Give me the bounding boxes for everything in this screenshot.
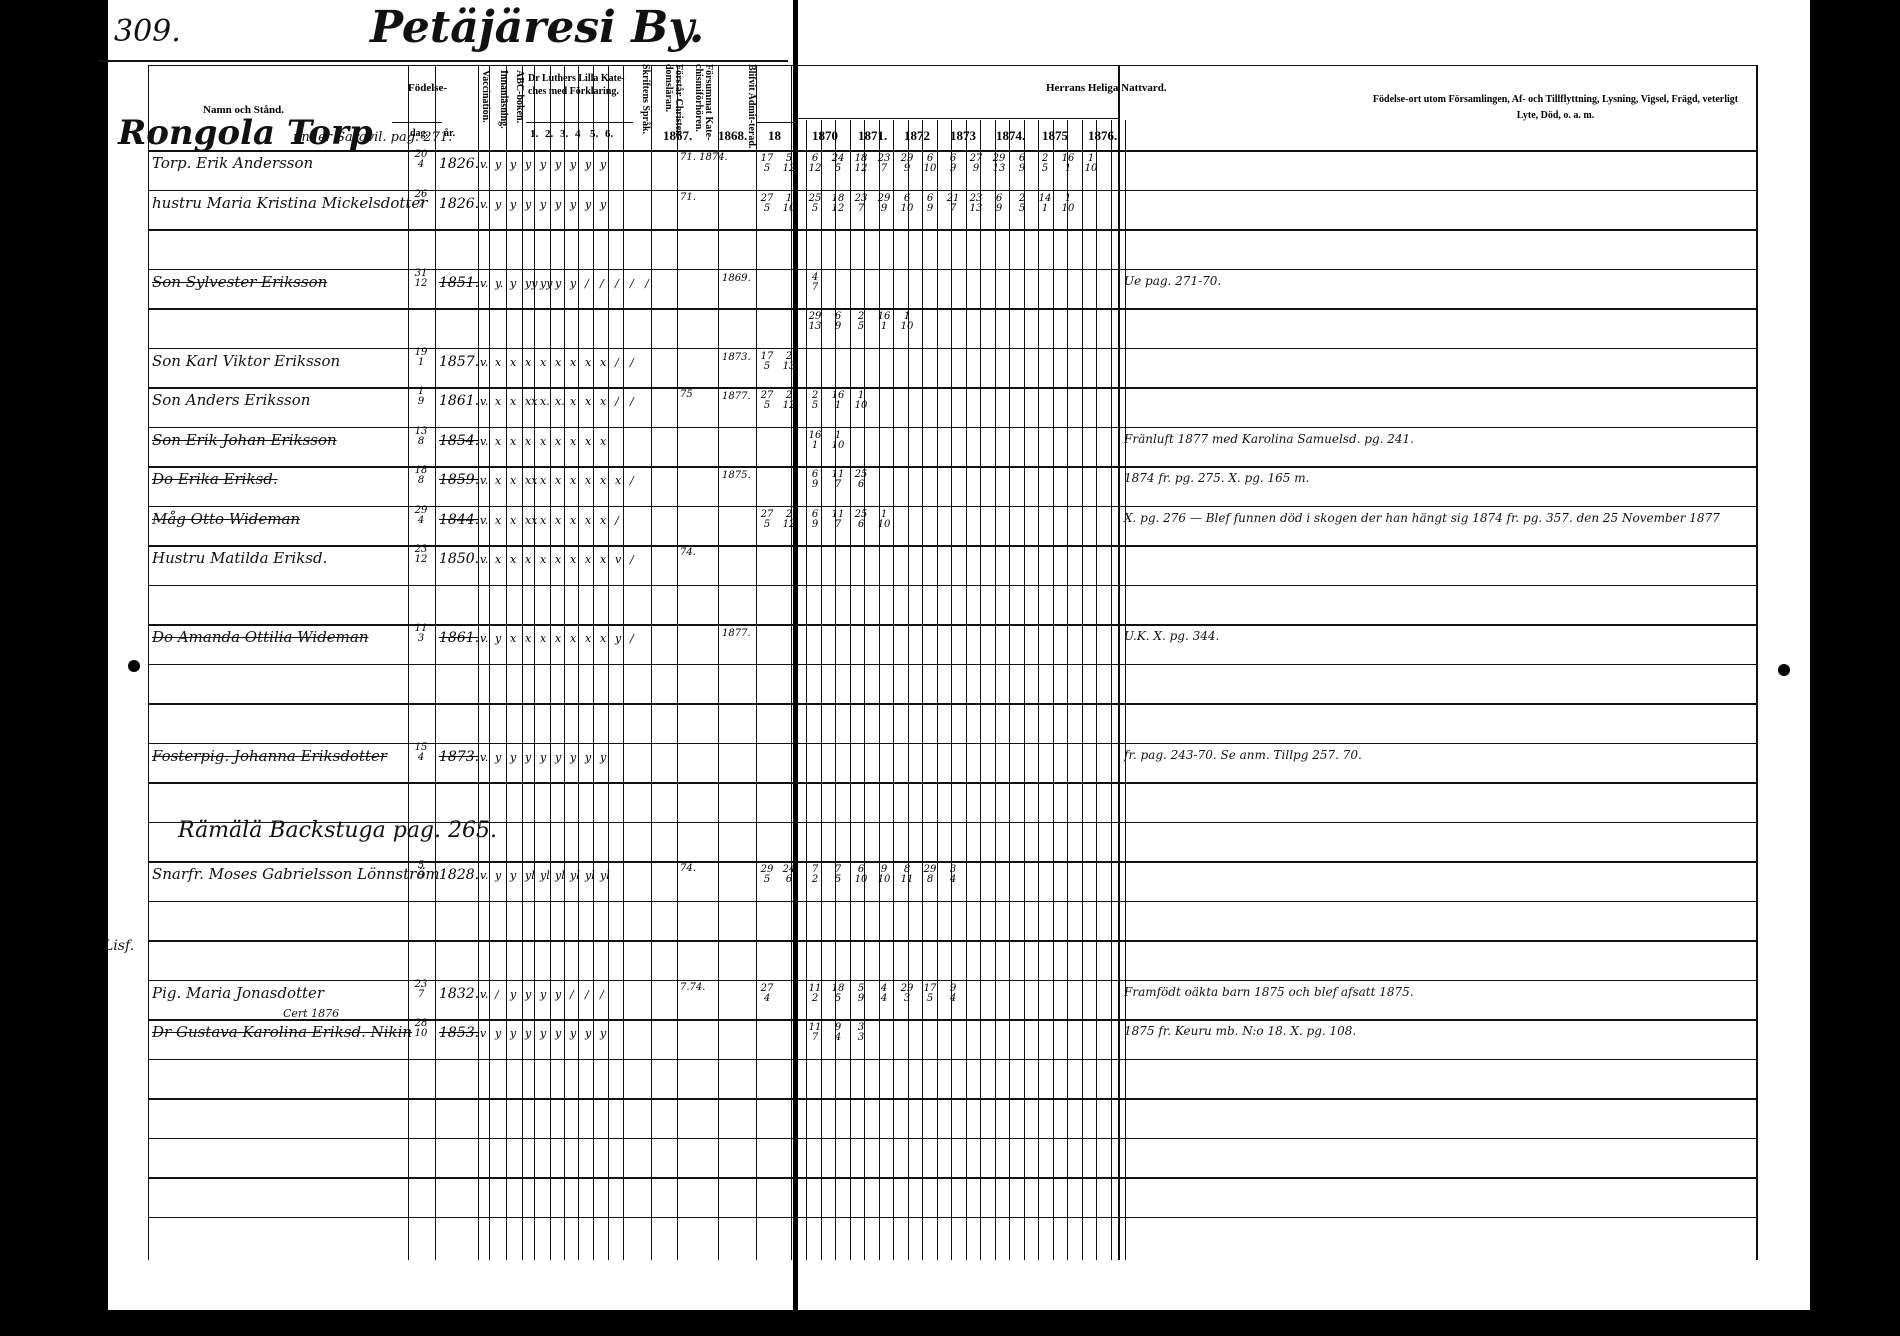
row-rule (798, 229, 1758, 231)
reading-mark: x (525, 553, 531, 566)
communion-date: 110 (782, 194, 796, 214)
page-number: 309. (114, 14, 181, 49)
communion-date: 94 (831, 1023, 845, 1043)
reading-mark: v. (480, 988, 488, 1001)
communion-date: 279 (969, 154, 983, 174)
row-name: Fosterpig. Johanna Eriksdotter (152, 747, 387, 765)
communion-date: 69 (946, 154, 960, 174)
reading-mark: yl (585, 869, 595, 882)
column-rule (1096, 120, 1097, 1260)
reading-mark: x (510, 435, 516, 448)
reading-mark: y (510, 277, 516, 290)
row-name: Måg Otto Wideman (152, 510, 300, 528)
birth-year: 1832. (439, 986, 479, 1002)
row-name: Son Erik Johan Eriksson (152, 431, 337, 449)
nattvard-year-1872: 1872 (904, 128, 930, 144)
header-abc: ABC-boken. (514, 70, 524, 123)
reading-mark: x (555, 356, 561, 369)
communion-date: 610 (854, 865, 868, 885)
communion-date: 217 (946, 194, 960, 214)
communion-date: 1812 (854, 154, 868, 174)
communion-date: 610 (923, 154, 937, 174)
communion-date: 237 (854, 194, 868, 214)
reading-mark: x (510, 395, 516, 408)
nattvard-year-1876: 1876. (1088, 128, 1117, 144)
reading-mark: y (495, 632, 501, 645)
reading-mark: y (600, 751, 606, 764)
reading-mark: x (495, 514, 501, 527)
communion-date: 612 (808, 154, 822, 174)
margin-note: Lisf. (104, 938, 134, 954)
row-rule (148, 387, 793, 389)
communion-date: 110 (854, 391, 868, 411)
birth-year: 1826. (439, 156, 479, 172)
remark-text: 1875 fr. Keuru mb. N:o 18. X. pg. 108. (1124, 1023, 1744, 1039)
row-rule (798, 743, 1758, 745)
header-birth: Födelse- (408, 82, 447, 94)
communion-date: 117 (808, 1023, 822, 1043)
communion-date: 299 (900, 154, 914, 174)
reading-mark: x (570, 474, 576, 487)
column-rule (995, 120, 996, 1260)
catechism-sub-rule (526, 122, 633, 123)
communion-date: 110 (877, 510, 891, 530)
forsummat-value: 74. (680, 863, 696, 874)
reading-mark: v. (480, 514, 488, 527)
reading-mark: x (600, 514, 606, 527)
forsummat-value: 71. (680, 192, 696, 203)
forsummat-value: 75 (680, 389, 693, 400)
birth-year: 1850. (439, 551, 479, 567)
reading-mark: v. (480, 632, 488, 645)
reading-mark: x (540, 474, 546, 487)
reading-mark: x (555, 514, 561, 527)
row-rule (148, 624, 793, 626)
row-rule (798, 387, 1758, 389)
reading-mark: y (525, 1027, 531, 1040)
communion-date: 246 (782, 865, 796, 885)
communion-date: 293 (900, 984, 914, 1004)
header-catechism: Dr Luthers Lilla Kate-ches med Förklarin… (528, 72, 632, 98)
row-name: Torp. Erik Andersson (152, 154, 313, 172)
communion-date: 110 (831, 431, 845, 451)
reading-mark: y (555, 277, 561, 290)
column-rule (980, 120, 981, 1260)
column-rule (756, 65, 757, 1260)
birth-year: 1851. (439, 275, 479, 291)
reading-mark: y (600, 1027, 606, 1040)
reading-mark: x (570, 435, 576, 448)
communion-date: 175 (923, 984, 937, 1004)
column-rule (937, 120, 938, 1260)
reading-mark: v. (480, 869, 488, 882)
reading-mark: x (570, 395, 576, 408)
reading-mark: / (615, 277, 619, 290)
binding-hole (128, 660, 140, 672)
top-rule (98, 60, 788, 62)
reading-mark: v. (480, 198, 488, 211)
reading-mark: v. (480, 553, 488, 566)
reading-mark: / (630, 553, 634, 566)
communion-date: 275 (760, 391, 774, 411)
column-rule (951, 120, 952, 1260)
row-name: Son Anders Eriksson (152, 391, 310, 409)
communion-date: 212 (782, 391, 796, 411)
reading-mark: x. (555, 395, 565, 408)
binding-hole (1778, 664, 1790, 676)
birth-day: 113 (408, 624, 434, 644)
communion-date: 69 (992, 194, 1006, 214)
reading-mark: v. (480, 356, 488, 369)
column-rule (1024, 120, 1025, 1260)
reading-mark: yl (525, 869, 535, 882)
reading-mark: / (645, 277, 649, 290)
row-rule (148, 1098, 793, 1100)
row-rule (798, 980, 1758, 982)
communion-date: 117 (831, 510, 845, 530)
communion-date: 910 (877, 865, 891, 885)
row-name: Son Sylvester Eriksson (152, 273, 327, 291)
nattvard-year-1871: 1871. (858, 128, 887, 144)
communion-date: 110 (1084, 154, 1098, 174)
column-rule (718, 65, 719, 1260)
row-name: Do Erika Eriksd. (152, 470, 278, 488)
communion-date: 110 (1061, 194, 1075, 214)
communion-date: 75 (831, 865, 845, 885)
column-rule (489, 65, 490, 1260)
reading-mark: y (510, 158, 516, 171)
reading-mark: x (600, 474, 606, 487)
row-rule (798, 782, 1758, 784)
reading-mark: v (615, 553, 621, 566)
reading-mark: x (510, 356, 516, 369)
birth-year: 1873. (439, 749, 479, 765)
communion-date: 33 (854, 1023, 868, 1043)
column-rule (1082, 120, 1083, 1260)
reading-mark: / (630, 395, 634, 408)
reading-mark: x (510, 632, 516, 645)
reading-mark: x (570, 356, 576, 369)
reading-mark: yl (540, 869, 550, 882)
forsummat-value: 7.74. (680, 982, 705, 993)
reading-mark: v (480, 1027, 486, 1040)
reading-mark: yl (555, 869, 565, 882)
communion-date: 811 (900, 865, 914, 885)
column-rule (608, 65, 609, 1260)
reading-mark: yy (540, 277, 552, 290)
row-rule (798, 1059, 1758, 1061)
reading-mark: xx (525, 514, 537, 527)
communion-date: 2913 (808, 312, 822, 332)
row-rule (798, 901, 1758, 903)
communion-date: 1812 (831, 194, 845, 214)
reading-mark: / (630, 632, 634, 645)
column-rule (522, 65, 523, 1260)
row-rule (798, 822, 1758, 824)
row-name: Hustru Matilda Eriksd. (152, 549, 327, 567)
remark-text: U.K. X. pg. 344. (1124, 628, 1744, 644)
row-rule (148, 1059, 793, 1061)
admitted-year: 1869. (722, 273, 751, 284)
communion-date: 72 (808, 865, 822, 885)
column-rule (806, 120, 807, 1260)
birth-day: 3112 (408, 269, 434, 289)
communion-date: 299 (877, 194, 891, 214)
reading-mark: x (540, 356, 546, 369)
catechism-part-1: 1. (530, 128, 538, 140)
row-rule (798, 940, 1758, 942)
communion-date: 256 (854, 470, 868, 490)
row-rule (148, 703, 793, 705)
communion-date: 117 (831, 470, 845, 490)
communion-date: 59 (854, 984, 868, 1004)
begatt-year-18: 18 (768, 128, 781, 144)
reading-mark: x (585, 553, 591, 566)
row-rule (798, 506, 1758, 508)
header-vaccination: Vaccination. (480, 70, 490, 123)
reading-mark: v. (480, 435, 488, 448)
village-title: Petäjäresi By. (370, 2, 704, 53)
birth-sub-rule (392, 122, 442, 123)
row-rule (798, 585, 1758, 587)
admitted-year: 1877. (722, 628, 751, 639)
communion-date: 25 (1015, 194, 1029, 214)
section-heading-suffix: under Saravil. pag. 271. (293, 130, 452, 145)
reading-mark: y (540, 198, 546, 211)
left-page: 309. Petäjäresi By. Namn och Stånd. Rong… (108, 0, 793, 1310)
reading-mark: xx (525, 395, 537, 408)
communion-date: 161 (808, 431, 822, 451)
reading-mark: y (570, 158, 576, 171)
birth-day: 188 (408, 466, 434, 486)
reading-mark: x (600, 435, 606, 448)
reading-mark: x (585, 474, 591, 487)
reading-mark: x (540, 632, 546, 645)
birth-day: 191 (408, 348, 434, 368)
column-rule (534, 65, 535, 1260)
reading-mark: x (525, 632, 531, 645)
reading-mark: y (540, 158, 546, 171)
reading-mark: x (495, 395, 501, 408)
reading-mark: x (495, 435, 501, 448)
column-rule (1111, 120, 1112, 1260)
nattvard-year-1875: 1875 (1042, 128, 1068, 144)
communion-date: 255 (808, 194, 822, 214)
reading-mark: / (570, 988, 574, 1001)
reading-mark: / (600, 277, 604, 290)
reading-mark: v. (480, 158, 488, 171)
row-rule (798, 1217, 1758, 1219)
reading-mark: y (585, 198, 591, 211)
column-rule (677, 65, 678, 1260)
remark-text: 1874 fr. pg. 275. X. pg. 165 m. (1124, 470, 1744, 486)
reading-mark: y (540, 988, 546, 1001)
reading-mark: y (525, 751, 531, 764)
row-rule (148, 229, 793, 231)
row-name: Pig. Maria Jonasdotter (152, 984, 324, 1002)
communion-date: 512 (782, 154, 796, 174)
reading-mark: / (495, 988, 499, 1001)
communion-date: 94 (946, 984, 960, 1004)
right-edge-rule (1756, 65, 1758, 1260)
communion-date: 25 (808, 391, 822, 411)
row-rule (798, 545, 1758, 547)
row-rule (798, 1098, 1758, 1100)
column-rule (1009, 120, 1010, 1260)
birth-year: 1857. (439, 354, 479, 370)
reading-mark: y (585, 158, 591, 171)
communion-date: 112 (808, 984, 822, 1004)
row-rule (798, 703, 1758, 705)
begatt-year-1867: 1867. (663, 128, 692, 144)
column-rule (922, 120, 923, 1260)
reading-mark: x (585, 632, 591, 645)
communion-date: 69 (923, 194, 937, 214)
reading-mark: y (495, 158, 501, 171)
reading-mark: y. (495, 277, 503, 290)
row-rule (148, 743, 793, 745)
column-rule (1125, 120, 1126, 1260)
birth-day: 267 (408, 190, 434, 210)
communion-date: 213 (782, 352, 796, 372)
row-name: Son Karl Viktor Eriksson (152, 352, 340, 370)
forsummat-value: 74. (680, 547, 696, 558)
remarks-divider (1118, 65, 1120, 1260)
reading-mark: x (525, 435, 531, 448)
forsummat-value: 71. 1874. (680, 152, 728, 163)
communion-date: 2913 (992, 154, 1006, 174)
communion-date: 34 (946, 865, 960, 885)
reading-mark: y (600, 198, 606, 211)
column-rule (1038, 120, 1039, 1260)
row-rule (798, 150, 1758, 152)
catechism-part-6: 6. (605, 128, 613, 140)
header-birth-year: år. (444, 128, 455, 139)
reading-mark: x (495, 474, 501, 487)
admitted-year: 1873. (722, 352, 751, 363)
reading-mark: y (570, 277, 576, 290)
communion-date: 274 (760, 984, 774, 1004)
row-rule (148, 269, 793, 271)
column-rule (408, 65, 409, 1260)
remark-text: Framfödt oäkta barn 1875 och blef afsatt… (1124, 984, 1744, 1000)
reading-mark: x (540, 514, 546, 527)
column-rule (148, 65, 149, 1260)
reading-mark: y (495, 1027, 501, 1040)
row-note: Cert 1876 (283, 1007, 339, 1020)
header-remarks: Födelse-ort utom Församlingen, Af- och T… (1363, 92, 1748, 124)
row-rule (798, 664, 1758, 666)
right-page: Herrans Heliga Nattvard. 18701871.187218… (798, 0, 1810, 1310)
row-rule (798, 190, 1758, 192)
reading-mark: y (555, 1027, 561, 1040)
row-rule (148, 348, 793, 350)
column-rule (478, 65, 479, 1260)
remark-text: Fränluft 1877 med Karolina Samuelsd. pg.… (1124, 431, 1744, 447)
reading-mark: x (510, 474, 516, 487)
row-rule (798, 624, 1758, 626)
reading-mark: y (555, 158, 561, 171)
birth-day: 19 (408, 387, 434, 407)
reading-mark: v. (480, 474, 488, 487)
year-rule (798, 118, 1118, 119)
reading-mark: / (615, 395, 619, 408)
admitted-year: 1875. (722, 470, 751, 481)
row-rule (798, 466, 1758, 468)
reading-mark: x (495, 553, 501, 566)
birth-day: 154 (408, 743, 434, 763)
begatt-year-1868: 1868. (718, 128, 747, 144)
catechism-part-5: 5. (590, 128, 598, 140)
reading-mark: x (615, 474, 621, 487)
birth-day: 2810 (408, 1019, 434, 1039)
row-rule (148, 940, 793, 942)
row-rule (148, 664, 793, 666)
row-rule (798, 1138, 1758, 1140)
reading-mark: yy (525, 277, 537, 290)
header-nattvard: Herrans Heliga Nattvard. (1046, 82, 1167, 94)
communion-date: 275 (760, 194, 774, 214)
reading-mark: y (510, 988, 516, 1001)
communion-date: 256 (854, 510, 868, 530)
birth-day: 237 (408, 980, 434, 1000)
reading-mark: y (495, 751, 501, 764)
communion-date: 44 (877, 984, 891, 1004)
birth-year: 1861. (439, 630, 479, 646)
reading-mark: y (615, 632, 621, 645)
column-rule (651, 65, 652, 1260)
reading-mark: x (600, 632, 606, 645)
column-rule (1067, 120, 1068, 1260)
column-rule (1053, 120, 1054, 1260)
reading-mark: / (615, 356, 619, 369)
reading-mark: v. (480, 751, 488, 764)
communion-date: 245 (831, 154, 845, 174)
row-rule (148, 545, 793, 547)
communion-date: 295 (760, 865, 774, 885)
reading-mark: x (540, 553, 546, 566)
header-birth-day: dag. (410, 128, 428, 139)
header-innanlasning: Innanläsning. (498, 70, 508, 129)
column-rule (908, 120, 909, 1260)
reading-mark: x (555, 632, 561, 645)
communion-date: 175 (760, 352, 774, 372)
reading-mark: x (600, 395, 606, 408)
row-rule (148, 190, 793, 192)
reading-mark: x (585, 395, 591, 408)
begatt-sub-rule (756, 122, 796, 123)
reading-mark: y (570, 751, 576, 764)
birth-year: 1861. (439, 393, 479, 409)
header-forsummat: Försummat Kate-chismiförhören. (691, 64, 713, 154)
remark-text: Ue pag. 271-70. (1124, 273, 1744, 289)
row-rule (148, 901, 793, 903)
column-rule (791, 65, 792, 1260)
admitted-year: 1877. (722, 391, 751, 402)
birth-day: 59 (408, 861, 434, 881)
header-skriftens: Skriftens Språk. (640, 64, 650, 134)
communion-date: 69 (808, 510, 822, 530)
birth-day: 138 (408, 427, 434, 447)
reading-mark: / (630, 474, 634, 487)
reading-mark: y (600, 158, 606, 171)
row-name: Do Amanda Ottilia Wideman (152, 628, 369, 646)
communion-date: 69 (831, 312, 845, 332)
communion-date: 69 (1015, 154, 1029, 174)
column-rule (564, 65, 565, 1260)
column-rule (506, 65, 507, 1260)
reading-mark: x. (540, 395, 550, 408)
